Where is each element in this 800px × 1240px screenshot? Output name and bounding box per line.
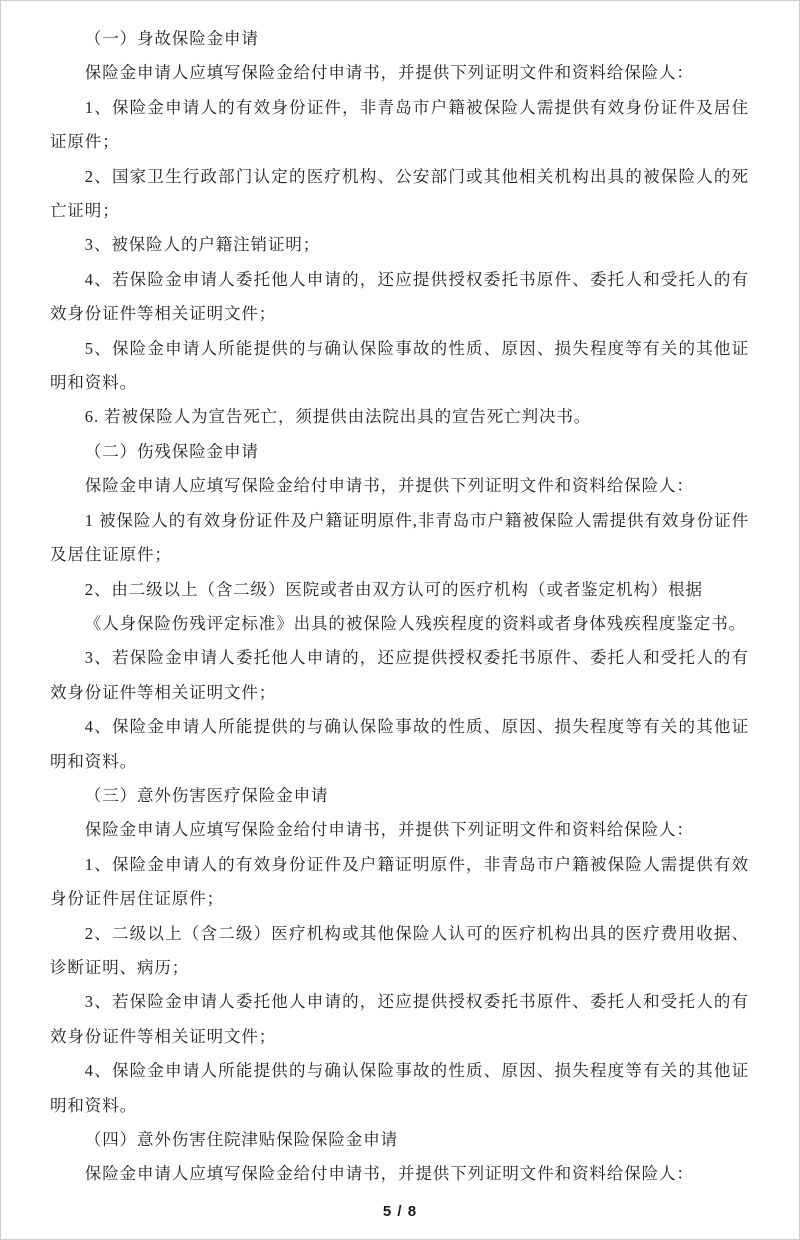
paragraph: 1、保险金申请人的有效身份证件及户籍证明原件，非青岛市户籍被保险人需提供有效身份… [50,848,749,917]
section-heading: （四）意外伤害住院津贴保险保险金申请 [50,1123,749,1157]
section-heading: （三）意外伤害医疗保险金申请 [50,779,749,813]
paragraph: 2、国家卫生行政部门认定的医疗机构、公安部门或其他相关机构出具的被保险人的死亡证… [50,160,749,229]
paragraph: 2、由二级以上（含二级）医院或者由双方认可的医疗机构（或者鉴定机构）根据 [50,573,749,607]
paragraph: 6. 若被保险人为宣告死亡，须提供由法院出具的宣告死亡判决书。 [50,400,749,434]
document-page: （一）身故保险金申请保险金申请人应填写保险金给付申请书，并提供下列证明文件和资料… [0,0,800,1240]
paragraph: 4、保险金申请人所能提供的与确认保险事故的性质、原因、损失程度等有关的其他证明和… [50,710,749,779]
paragraph: 2、二级以上（含二级）医疗机构或其他保险人认可的医疗机构出具的医疗费用收据、诊断… [50,917,749,986]
paragraph: 保险金申请人应填写保险金给付申请书，并提供下列证明文件和资料给保险人： [50,1157,749,1191]
paragraph: 3、若保险金申请人委托他人申请的，还应提供授权委托书原件、委托人和受托人的有效身… [50,985,749,1054]
paragraph: 《人身保险伤残评定标准》出具的被保险人残疾程度的资料或者身体残疾程度鉴定书。 [50,607,749,641]
page-number-indicator: 5 / 8 [1,1203,799,1220]
paragraph: 3、被保险人的户籍注销证明； [50,228,749,262]
section-heading: （二）伤残保险金申请 [50,435,749,469]
document-body: （一）身故保险金申请保险金申请人应填写保险金给付申请书，并提供下列证明文件和资料… [1,1,799,1192]
section-heading: （一）身故保险金申请 [50,22,749,56]
paragraph: 3、若保险金申请人委托他人申请的，还应提供授权委托书原件、委托人和受托人的有效身… [50,641,749,710]
paragraph: 保险金申请人应填写保险金给付申请书，并提供下列证明文件和资料给保险人： [50,469,749,503]
paragraph: 4、若保险金申请人委托他人申请的，还应提供授权委托书原件、委托人和受托人的有效身… [50,263,749,332]
paragraph: 4、保险金申请人所能提供的与确认保险事故的性质、原因、损失程度等有关的其他证明和… [50,1054,749,1123]
paragraph: 保险金申请人应填写保险金给付申请书，并提供下列证明文件和资料给保险人： [50,56,749,90]
paragraph: 1、保险金申请人的有效身份证件，非青岛市户籍被保险人需提供有效身份证件及居住证原… [50,91,749,160]
paragraph: 5、保险金申请人所能提供的与确认保险事故的性质、原因、损失程度等有关的其他证明和… [50,332,749,401]
paragraph: 1 被保险人的有效身份证件及户籍证明原件,非青岛市户籍被保险人需提供有效身份证件… [50,504,749,573]
paragraph: 保险金申请人应填写保险金给付申请书，并提供下列证明文件和资料给保险人： [50,813,749,847]
